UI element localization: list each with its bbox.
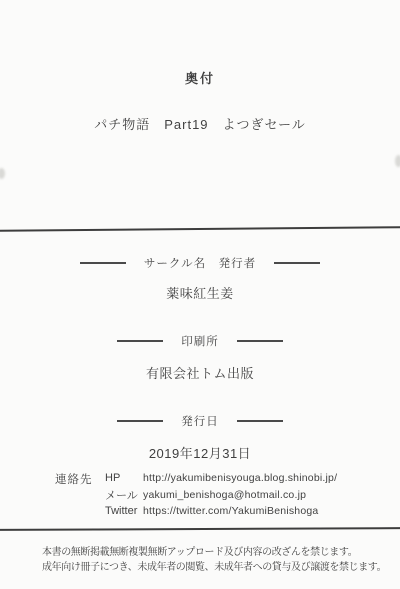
contact-label: 連絡先: [55, 471, 93, 487]
publish-date: 2019年12月31日: [0, 443, 400, 462]
contact-block: HP http://yakumibenisyouga.blog.shinobi.…: [105, 470, 337, 520]
colophon-page: 奥付 パチ物語 Part19 よつぎセール サークル名 発行者 薬味紅生姜 印刷…: [0, 0, 400, 589]
heading-rule-left: [80, 262, 126, 263]
scan-artifact: [395, 155, 400, 167]
heading-rule-right: [274, 262, 320, 263]
divider-bottom: [0, 527, 400, 530]
scan-artifact: [0, 168, 5, 179]
printer-name: 有限会社トム出版: [0, 363, 400, 382]
publish-date-heading-label: 発行日: [181, 413, 219, 429]
contact-value-twitter-url: https://twitter.com/YakumiBenishoga: [143, 505, 318, 517]
section-heading-printer: 印刷所: [0, 333, 400, 349]
contact-row-twitter: Twitter https://twitter.com/YakumiBenish…: [105, 503, 337, 520]
section-heading-circle: サークル名 発行者: [0, 255, 400, 271]
contact-row-hp: HP http://yakumibenisyouga.blog.shinobi.…: [105, 470, 337, 487]
contact-key-hp: HP: [105, 472, 143, 484]
disclaimer-block: 本書の無断掲載無断複製無断アップロード及び内容の改ざんを禁じます。 成年向け冊子…: [42, 545, 387, 575]
contact-value-mail-address: yakumi_benishoga@hotmail.co.jp: [143, 489, 306, 501]
contact-row-mail: メール yakumi_benishoga@hotmail.co.jp: [105, 487, 337, 504]
divider-top: [0, 226, 400, 231]
heading-rule-right: [237, 340, 283, 341]
heading-rule-left: [117, 420, 163, 421]
circle-heading-label: サークル名 発行者: [144, 255, 256, 271]
page-title: 奥付: [0, 68, 400, 87]
heading-rule-left: [117, 340, 163, 341]
contact-key-twitter: Twitter: [105, 505, 143, 517]
disclaimer-line-1: 本書の無断掲載無断複製無断アップロード及び内容の改ざんを禁じます。: [42, 545, 387, 560]
disclaimer-line-2: 成年向け冊子につき、未成年者の閲覧、未成年者への貸与及び譲渡を禁じます。: [42, 560, 387, 575]
circle-name: 薬味紅生姜: [0, 283, 400, 302]
book-title: パチ物語 Part19 よつぎセール: [0, 114, 400, 133]
printer-heading-label: 印刷所: [181, 333, 219, 349]
section-heading-publish-date: 発行日: [0, 413, 400, 429]
contact-value-hp-url: http://yakumibenisyouga.blog.shinobi.jp/: [143, 472, 337, 484]
heading-rule-right: [237, 420, 283, 421]
contact-key-mail: メール: [105, 487, 143, 503]
